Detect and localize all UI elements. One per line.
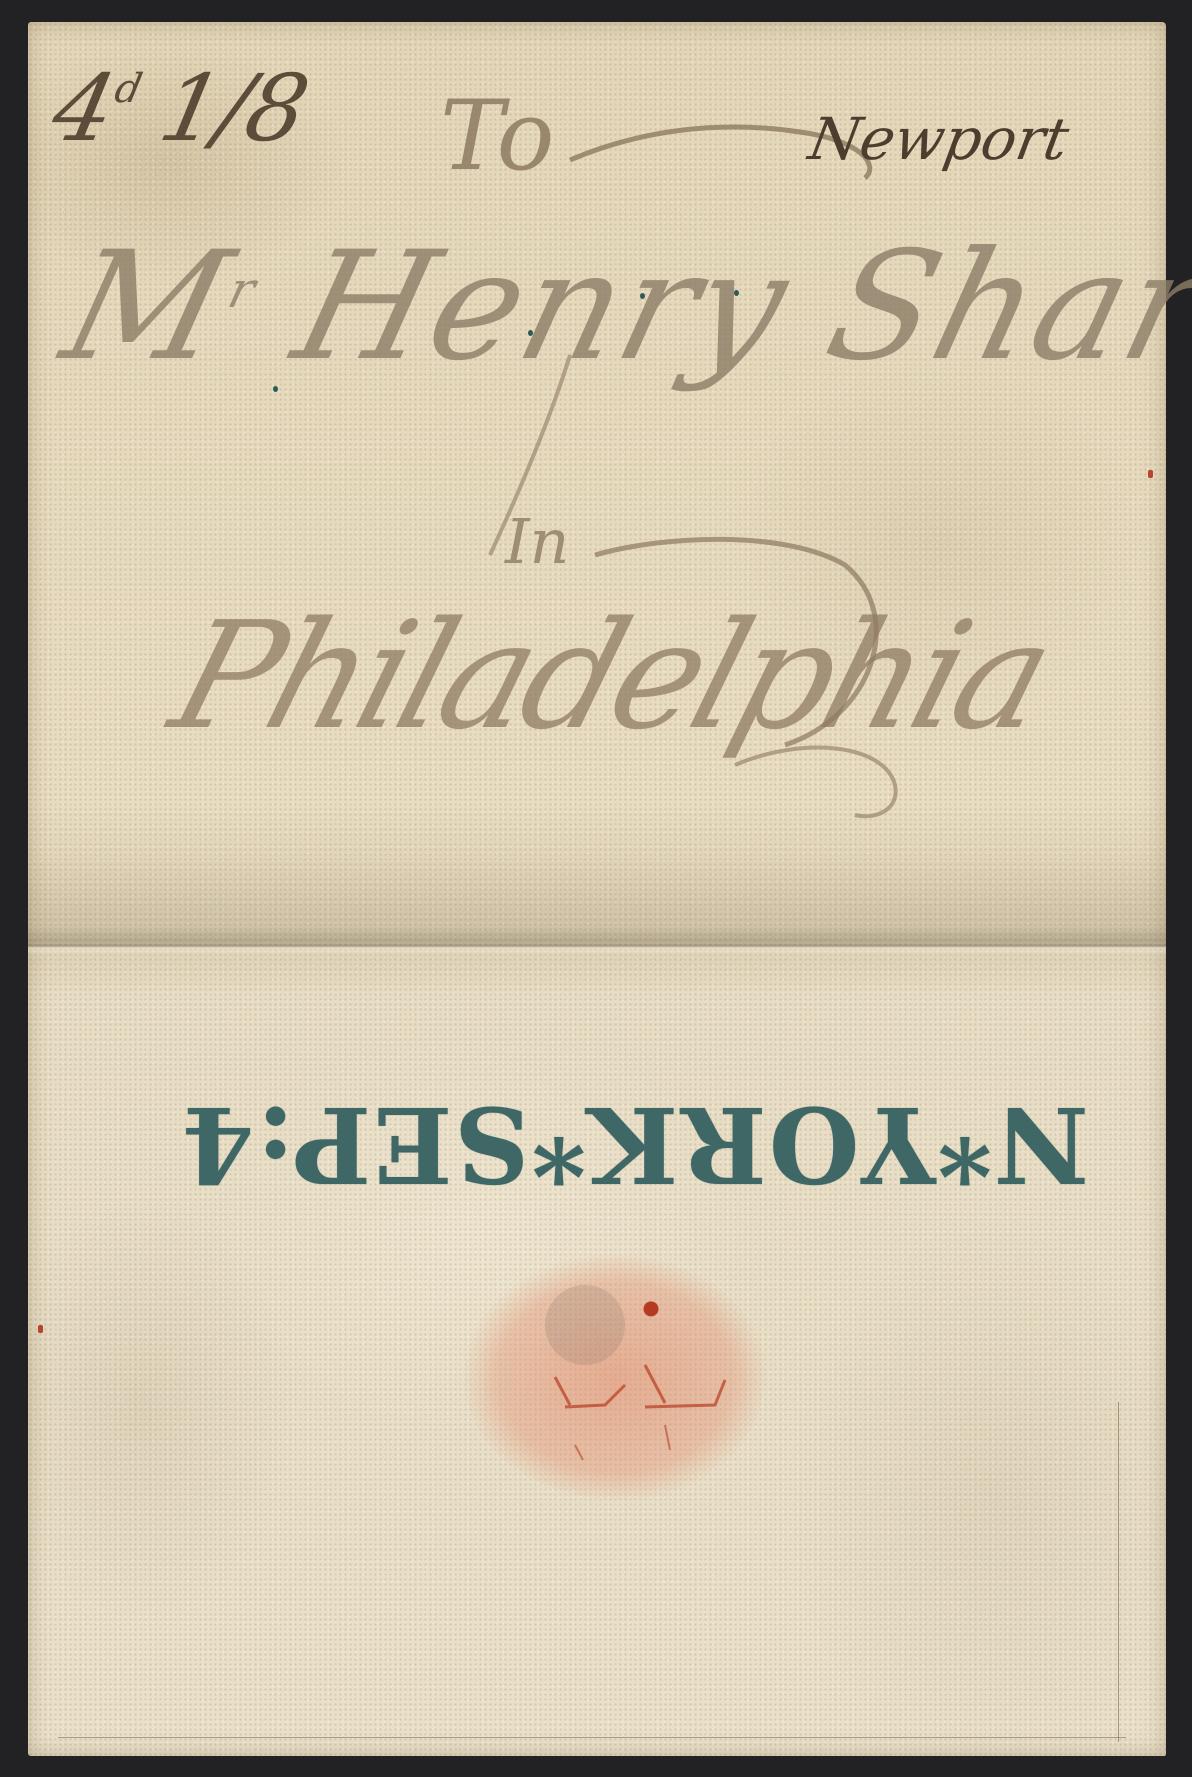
red-wax-seal [465, 1255, 765, 1500]
horizontal-fold-crease [28, 927, 1166, 957]
red-speck [38, 1325, 43, 1333]
ink-speck [528, 330, 533, 336]
folded-flap-edge [1118, 1402, 1119, 1742]
ink-speck [273, 386, 278, 392]
preposition-in: In [505, 505, 569, 578]
rate-marking: 4d 1/8 [44, 55, 316, 162]
addressee-name: Mr Henry Sharben [48, 220, 1192, 394]
salutation-to: To [440, 80, 554, 192]
ink-speck [734, 290, 739, 296]
postmark-n-york-sep-4: N*YORK*SEP:4 [262, 1085, 1007, 1205]
seal-impression [465, 1255, 765, 1500]
addressee-fullname: Henry Sharben [279, 220, 1192, 394]
origin-note-newport: Newport [804, 105, 1074, 173]
destination-city: Philadelphia [155, 590, 1065, 762]
bottom-fold-edge [58, 1737, 1126, 1738]
rate-fraction: 1/8 [151, 55, 316, 162]
ink-speck [640, 293, 645, 299]
red-speck [1148, 470, 1153, 478]
